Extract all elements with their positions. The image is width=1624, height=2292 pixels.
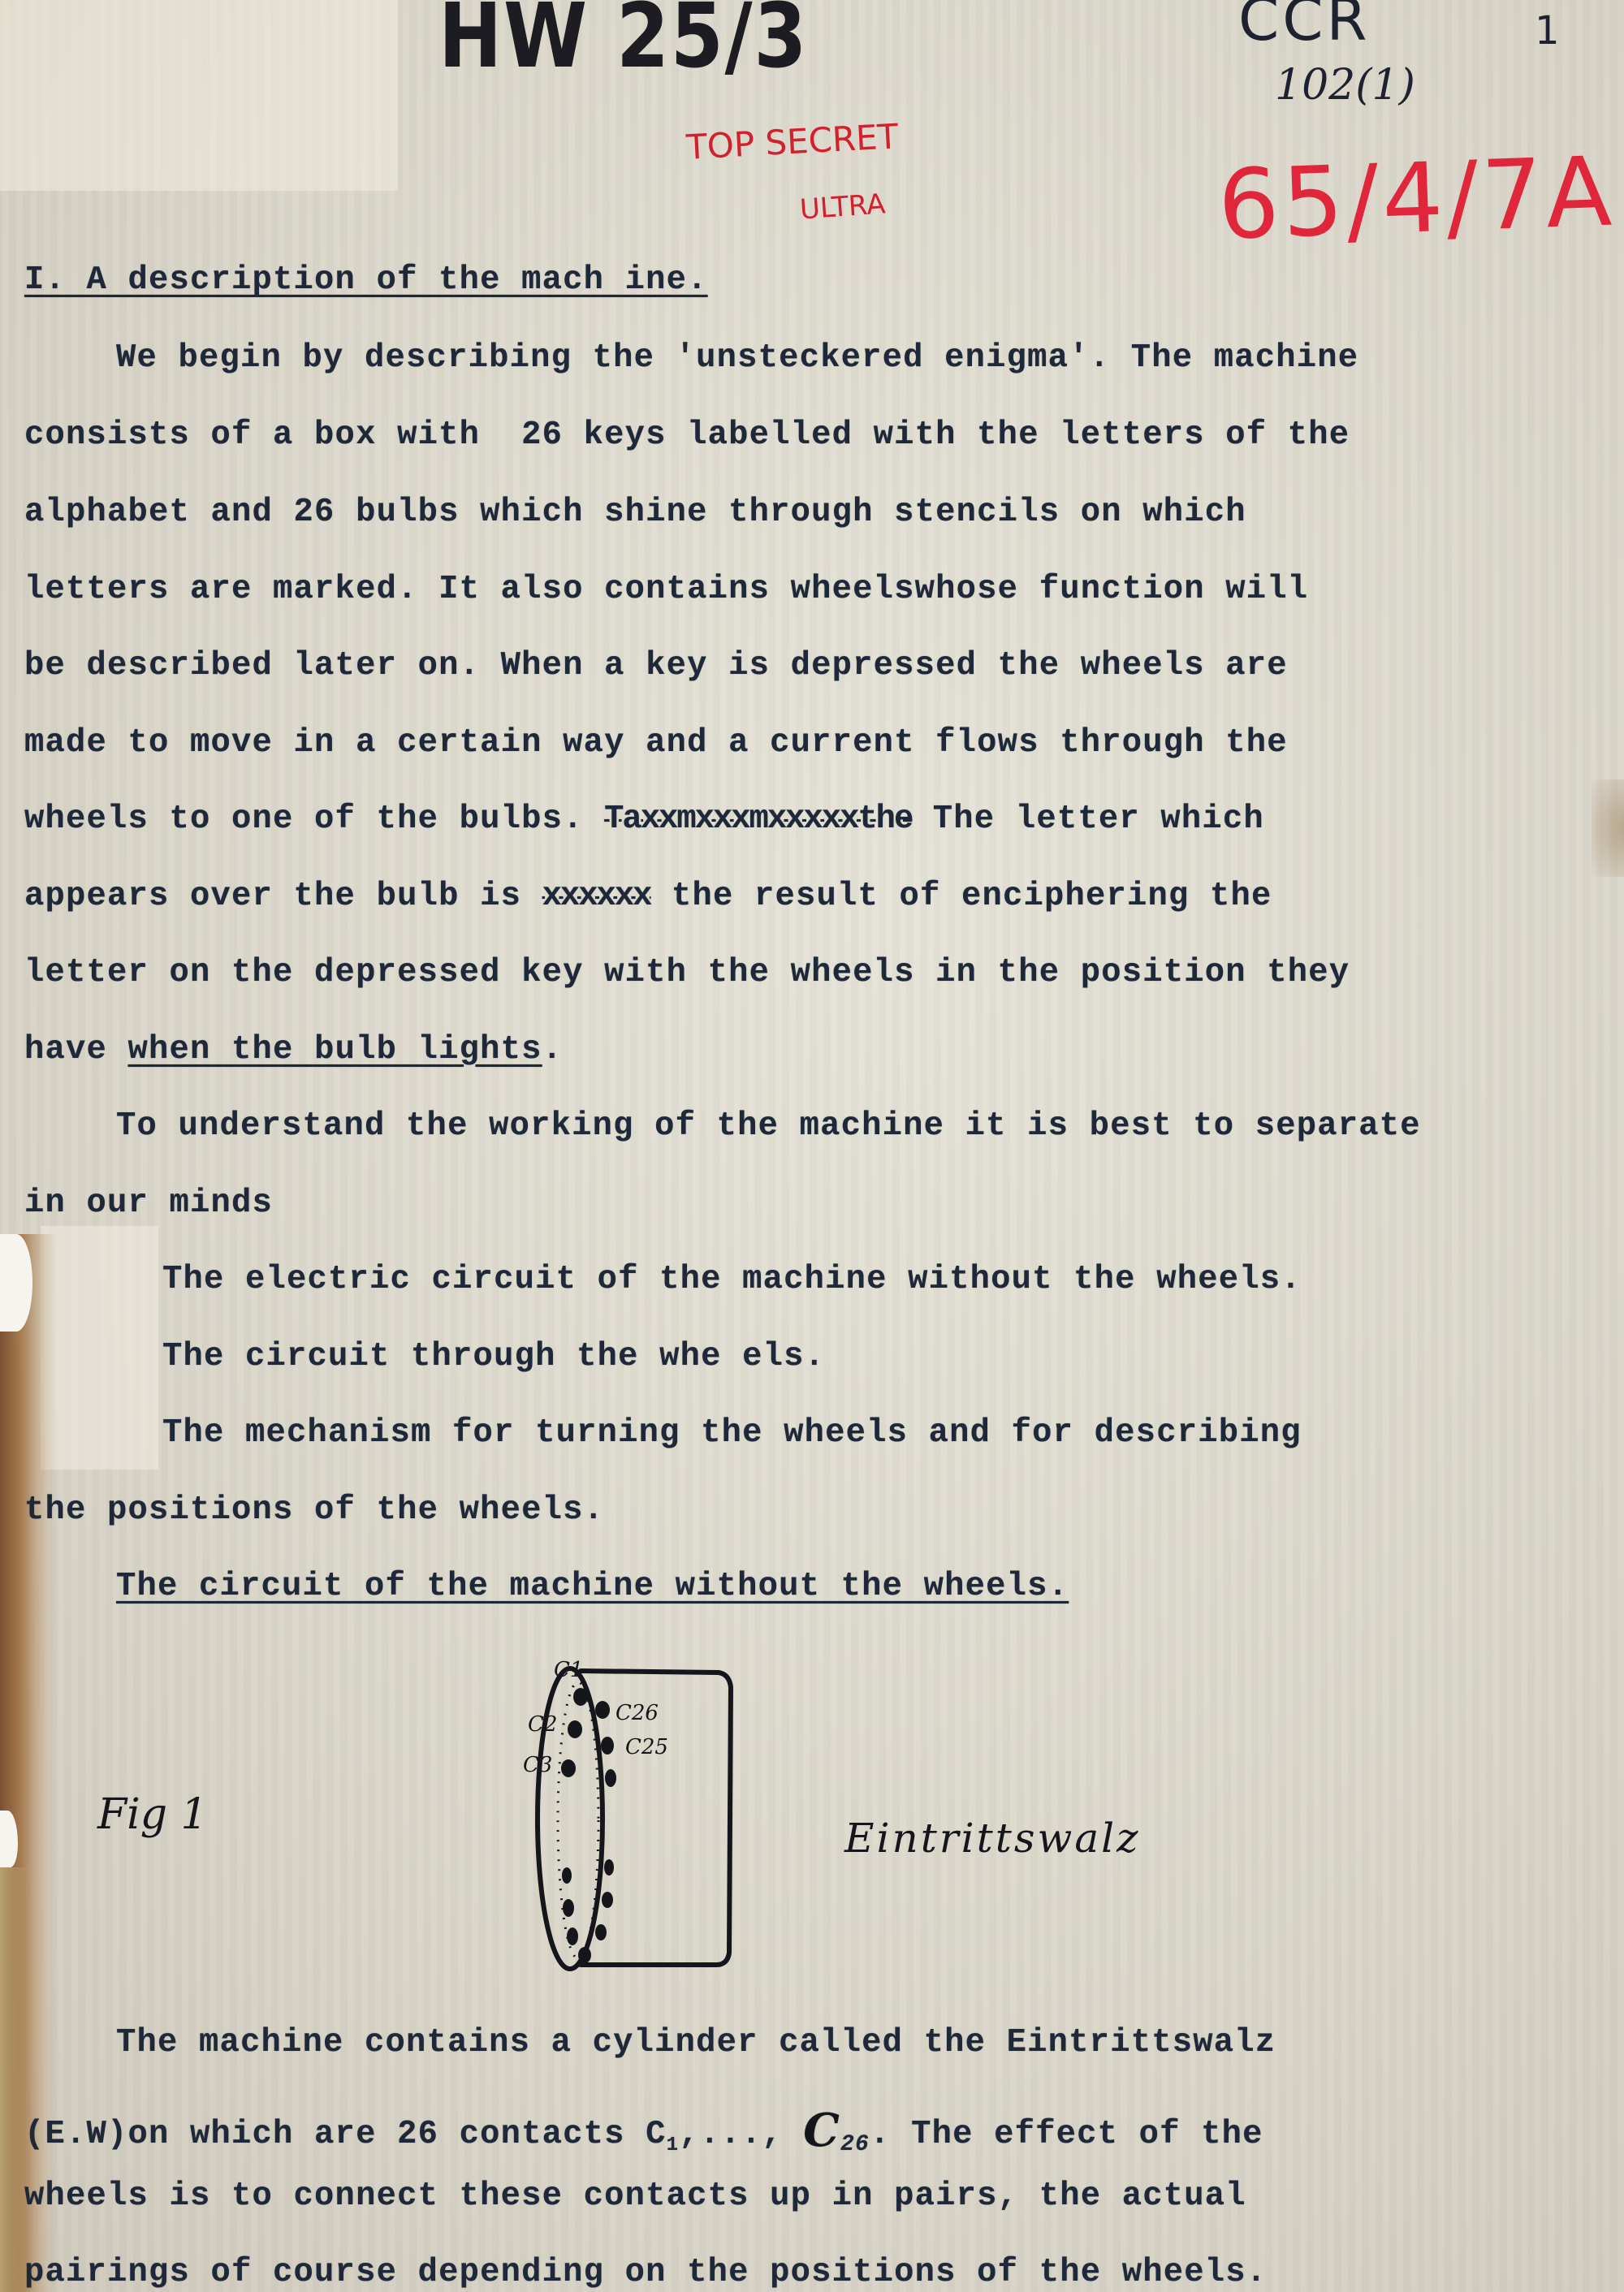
body-line: The machine contains a cylinder called t… (116, 2024, 1276, 2061)
text-span: The letter which (912, 801, 1264, 838)
body-line: appears over the bulb is xxxxxx the resu… (24, 878, 1272, 915)
svg-text:C25: C25 (625, 1735, 668, 1759)
svg-text:C1: C1 (554, 1658, 583, 1682)
archive-reference: HW 25/3 (438, 0, 808, 88)
paper-tear (0, 1234, 32, 1332)
edge-stain (1592, 779, 1624, 877)
svg-text:C26: C26 (615, 1701, 659, 1725)
body-line: letter on the depressed key with the whe… (24, 954, 1350, 991)
list-item: The circuit through the whe els. (162, 1338, 825, 1375)
figure-caption: Eintrittswalz (844, 1815, 1140, 1862)
body-line: wheels to one of the bulbs. Taxxmxxxmxxx… (24, 801, 1264, 838)
body-line: (E.W)on which are 26 contacts C1,..., C2… (24, 2100, 1263, 2157)
paper-patch (0, 0, 398, 191)
body-line: made to move in a certain way and a curr… (24, 724, 1288, 762)
body-line: We begin by describing the 'unsteckered … (116, 339, 1358, 377)
svg-text:C3: C3 (523, 1753, 552, 1777)
body-line: have when the bulb lights. (24, 1031, 563, 1068)
page-number: 1 (1535, 8, 1560, 54)
list-item: The electric circuit of the machine with… (162, 1261, 1302, 1298)
body-line: wheels is to connect these contacts up i… (24, 2178, 1246, 2215)
edge-stain (0, 1867, 32, 2292)
paper-patch (41, 1226, 158, 1470)
struck-out-text: Taxxmxxxmxxxxxthe (604, 801, 912, 838)
struck-out-text: xxxxxx (542, 878, 651, 915)
svg-text:C2: C2 (528, 1712, 557, 1737)
list-item: The mechanism for turning the wheels and… (162, 1414, 1302, 1452)
text-span: (E.W)on which are 26 contacts C (24, 2116, 667, 2153)
underlined-text: when the bulb lights (128, 1031, 542, 1068)
section-heading: I. A description of the mach ine. (24, 261, 708, 299)
figure-label: Fig 1 (97, 1790, 208, 1839)
text-span: wheels to one of the bulbs. (24, 801, 604, 838)
handwritten-c: C (803, 2104, 840, 2157)
subscript: 1 (667, 2134, 680, 2156)
body-line: in our minds (24, 1185, 273, 1222)
folio-reference: 65/4/7A (1216, 136, 1617, 261)
text-span: appears over the bulb is (24, 878, 542, 915)
body-line: pairings of course depending on the posi… (24, 2254, 1267, 2291)
text-span: have (24, 1031, 128, 1068)
body-line: consists of a box with 26 keys labelled … (24, 417, 1350, 454)
text-span: . (542, 1031, 564, 1068)
text-span: ,..., (679, 2116, 803, 2153)
body-line: letters are marked. It also contains whe… (24, 571, 1308, 608)
subscript: 26 (840, 2132, 870, 2157)
caveat-stamp: ULTRA (799, 188, 887, 226)
ccr-subreference: 102(1) (1275, 61, 1415, 110)
body-line: To understand the working of the machine… (116, 1107, 1421, 1145)
text-span: the result of enciphering the (650, 878, 1272, 915)
ccr-marking: CCR (1238, 0, 1371, 54)
subheading: The circuit of the machine without the w… (116, 1568, 1069, 1605)
body-line: be described later on. When a key is dep… (24, 647, 1288, 684)
list-item-continuation: the positions of the wheels. (24, 1491, 604, 1529)
eintrittswalze-drawing: C1 C2 C3 C26 C25 (503, 1632, 771, 1989)
text-span: . The effect of the (870, 2116, 1263, 2153)
body-line: alphabet and 26 bulbs which shine throug… (24, 494, 1246, 531)
